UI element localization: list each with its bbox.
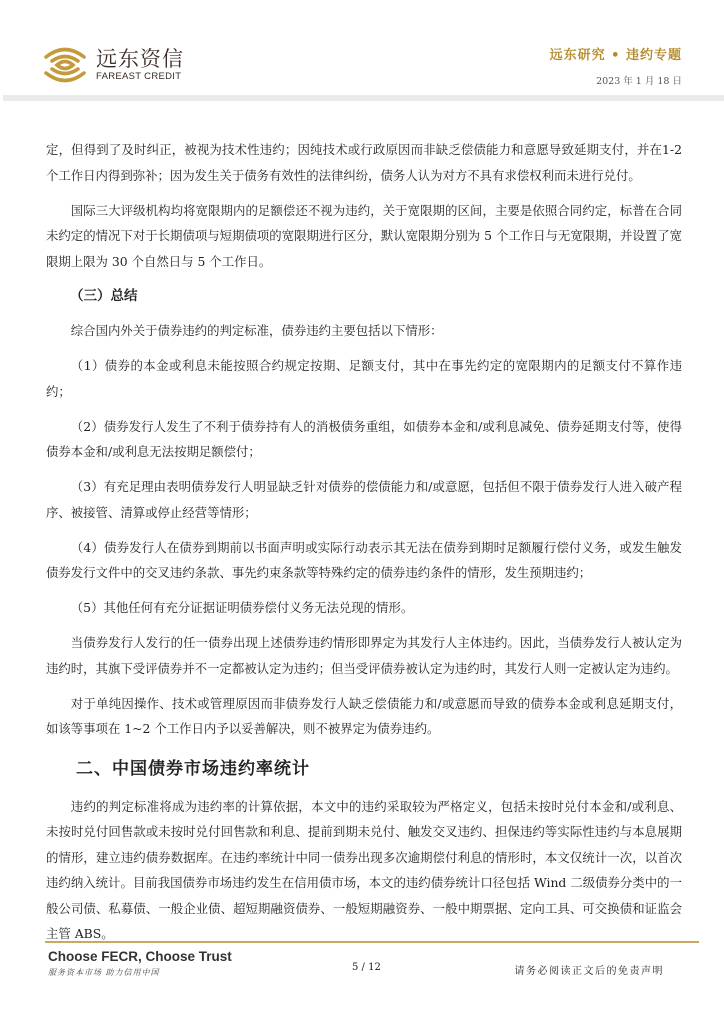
summary-item-5: （5）其他任何有充分证据证明债券偿付义务无法兑现的情形。 bbox=[46, 595, 682, 621]
document-body: 定，但得到了及时纠正，被视为技术性违约；因纯技术或行政原因而非缺乏偿债能力和意愿… bbox=[46, 137, 682, 947]
paragraph-technical-delay: 对于单纯因操作、技术或管理原因而非债券发行人缺乏偿债能力和/或意愿而导致的债券本… bbox=[46, 691, 682, 742]
fareast-credit-logo-icon bbox=[40, 44, 90, 86]
logo-english-name: FAREAST CREDIT bbox=[96, 71, 184, 83]
footer-divider bbox=[45, 941, 699, 943]
paragraph-continued: 定，但得到了及时纠正，被视为技术性违约；因纯技术或行政原因而非缺乏偿债能力和意愿… bbox=[46, 137, 682, 188]
summary-intro: 综合国内外关于债券违约的判定标准，债券违约主要包括以下情形： bbox=[46, 318, 682, 344]
summary-item-1: （1）债券的本金或利息未能按照合约规定按期、足额支付，其中在事先约定的宽限期内的… bbox=[46, 353, 682, 404]
summary-item-3: （3）有充足理由表明债券发行人明显缺乏针对债券的偿债能力和/或意愿，包括但不限于… bbox=[46, 474, 682, 525]
footer-slogan-chinese: 服务资本市场 助力信用中国 bbox=[48, 967, 160, 978]
subsection-heading: （三）总结 bbox=[70, 284, 682, 309]
summary-item-4: （4）债券发行人在债券到期前以书面声明或实际行动表示其无法在债券到期时足额履行偿… bbox=[46, 535, 682, 586]
header-divider bbox=[3, 95, 724, 101]
footer-slogan-english: Choose FECR, Choose Trust bbox=[48, 949, 232, 964]
disclaimer-note: 请务必阅读正文后的免责声明 bbox=[515, 962, 665, 977]
paragraph-grace-period: 国际三大评级机构均将宽限期内的足额偿还不视为违约，关于宽限期的区间，主要是依照合… bbox=[46, 198, 682, 275]
summary-item-2: （2）债券发行人发生了不利于债券持有人的消极债务重组，如债券本金和/或利息减免、… bbox=[46, 414, 682, 465]
paragraph-issuer-default: 当债券发行人发行的任一债券出现上述债券违约情形即界定为其发行人主体违约。因此，当… bbox=[46, 630, 682, 681]
report-series-title: 远东研究 • 违约专题 bbox=[550, 44, 682, 63]
page-number: 5 / 12 bbox=[352, 962, 381, 973]
section-heading: 二、中国债券市场违约率统计 bbox=[76, 756, 682, 782]
logo-chinese-name: 远东资信 bbox=[96, 47, 184, 71]
page-header: 远东资信 FAREAST CREDIT 远东研究 • 违约专题 2023 年 1… bbox=[0, 0, 724, 100]
company-logo: 远东资信 FAREAST CREDIT bbox=[40, 44, 184, 86]
paragraph-default-rate-definition: 违约的判定标准将成为违约率的计算依据，本文中的违约采取较为严格定义，包括未按时兑… bbox=[46, 794, 682, 947]
report-date: 2023 年 1 月 18 日 bbox=[550, 73, 682, 87]
